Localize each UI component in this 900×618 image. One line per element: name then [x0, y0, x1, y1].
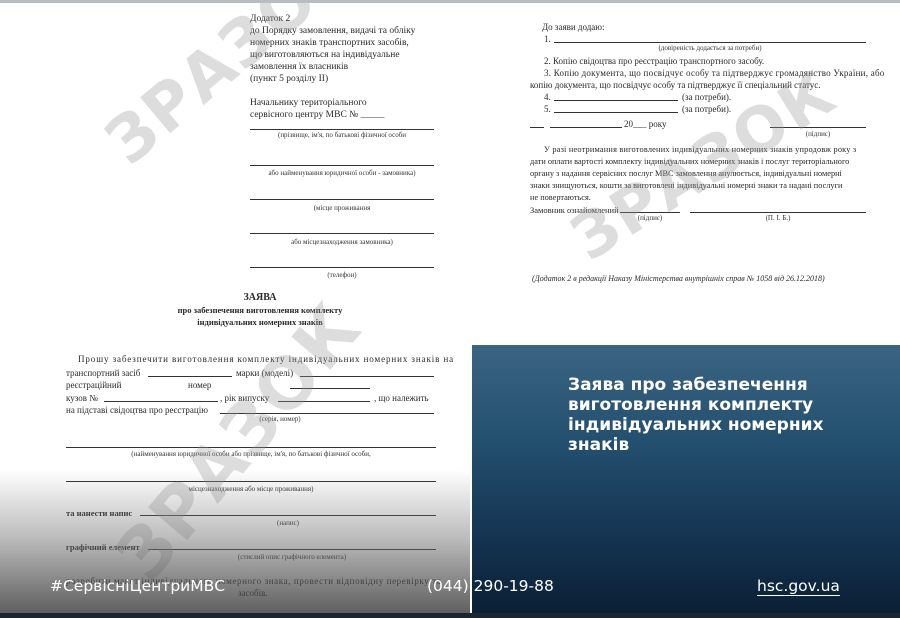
bottom-bar [0, 613, 900, 618]
field-line [250, 267, 434, 268]
field-caption: (телефон) [250, 271, 434, 280]
document-subheading: про забезпечення виготовлення комплекту [60, 304, 460, 316]
field-line [554, 112, 678, 113]
field-line [290, 388, 370, 389]
field-caption: (довіреність додається за потреби) [554, 44, 866, 53]
field-line [554, 100, 678, 101]
attach-title: До заяви додаю: [542, 21, 605, 33]
field-caption: (прізвище, ім'я, по батькові фізичної ос… [250, 131, 434, 140]
field-caption: або місцезнаходження замовника) [250, 238, 434, 247]
appendix-line: (пункт 5 розділу ІІ) [250, 73, 328, 85]
body-label: , рік випуску [220, 392, 269, 404]
date-month-line [550, 127, 622, 128]
field-line [300, 376, 434, 377]
field-line [554, 42, 866, 43]
attach-item-number: 4. [544, 91, 551, 103]
field-caption: (серія, номер) [220, 415, 340, 424]
attach-item-number: 5. [544, 103, 551, 115]
date-year: 20___ року [624, 118, 667, 130]
edition-note: (Додаток 2 в редакції Наказу Міністерств… [532, 273, 825, 285]
body-label: транспортний засіб [66, 367, 140, 379]
bottom-shadow-overlay [0, 470, 470, 618]
field-line [220, 413, 434, 414]
field-line [148, 376, 232, 377]
panel-title: Заява про забезпечення виготовлення комп… [568, 375, 868, 455]
hashtag: #СервісніЦентриМВС [50, 577, 225, 595]
document-subheading: індивідуальних номерних знаків [60, 316, 460, 328]
attach-item: 2. Копію свідоцтва про реєстрацію трансп… [544, 55, 764, 67]
notice-line: У разі неотримання виготовлених індивіду… [544, 144, 856, 156]
field-caption: (найменування юридичної особи або прізви… [66, 450, 436, 459]
notice-line: знаки знищуються, кошти за виготовлені і… [530, 180, 842, 192]
signature-line [770, 127, 866, 128]
body-label: реєстраційний [66, 379, 121, 391]
notice-line: не повертаються. [530, 192, 591, 204]
field-line [250, 129, 434, 130]
date-day-line [530, 127, 544, 128]
attach-item: 3. Копію документа, що посвідчує особу т… [544, 67, 885, 79]
field-line [278, 401, 370, 402]
phone-number: (044) 290-19-88 [427, 577, 554, 595]
acknowledged-label: Замовник ознайомлений [530, 204, 619, 216]
field-line [250, 165, 434, 166]
notice-line: дати оплати вартості комплекту індивідуа… [530, 156, 849, 168]
field-caption: (П. І. Б.) [690, 214, 866, 223]
appendix-line: що виготовляються на індивідуальне [250, 49, 400, 61]
website-link[interactable]: hsc.gov.ua [757, 577, 840, 595]
body-label: кузов № [66, 392, 98, 404]
addressee-line: сервісного центру МВС № _____ [250, 109, 384, 121]
body-label: на підставі свідоцтва про реєстрацію [66, 404, 208, 416]
appendix-line: замовлення їх власників [250, 61, 348, 73]
body-label: номер [188, 379, 211, 391]
field-line [104, 401, 218, 402]
attach-note: (за потреби). [682, 103, 731, 115]
field-line [66, 447, 436, 448]
document-heading: ЗАЯВА [60, 292, 460, 304]
appendix-line: до Порядку замовлення, видачі та обліку [250, 25, 415, 37]
attach-item: копію документа, що посвідчує особу та п… [530, 79, 821, 91]
attach-item-number: 1. [544, 33, 551, 45]
body-label: , що належить [374, 392, 429, 404]
field-caption: або найменування юридичної особи - замов… [250, 169, 434, 178]
field-caption: (підпис) [770, 130, 866, 139]
name-line [690, 212, 866, 213]
field-caption: (місце проживання [250, 204, 434, 213]
signature-line [620, 212, 680, 213]
body-label: марки (моделі) [236, 367, 293, 379]
field-line [250, 233, 434, 234]
attach-note: (за потреби). [682, 91, 731, 103]
appendix-title: Додаток 2 [250, 13, 290, 25]
field-line [250, 199, 434, 200]
field-caption: (підпис) [620, 214, 680, 223]
notice-line: органу з надання сервісних послуг МВС за… [530, 168, 842, 180]
addressee-line: Начальнику територіального [250, 97, 367, 109]
body-line: Прошу забезпечити виготовлення комплекту… [78, 353, 454, 365]
appendix-line: номерних знаків транспортних засобів, [250, 37, 409, 49]
